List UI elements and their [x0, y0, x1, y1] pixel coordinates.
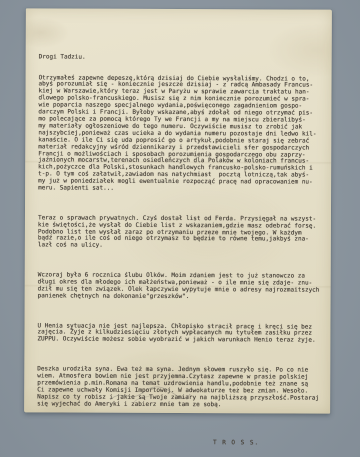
letter-paper: Drogi Tadziu. Otrzymałeś zapewne depeszę… — [24, 8, 332, 413]
letter-paragraph-3: Wczoraj była 6 rocznica ślubu Olków. Moi… — [38, 272, 331, 301]
letter-paragraph-2: Teraz o sprawach prywatnych. Czyś dostał… — [38, 215, 331, 251]
letter-signature: T R O S S. — [213, 440, 330, 447]
letter-salutation: Drogi Tadziu. — [39, 54, 332, 62]
letter-body: Drogi Tadziu. Otrzymałeś zapewne depeszę… — [37, 40, 332, 457]
letter-paragraph-1: Otrzymałeś zapewne depeszę,którą dzisiaj… — [38, 75, 332, 194]
letter-paragraph-5: Deszka urodziła syna. Ewa też ma syna. J… — [37, 366, 330, 409]
letter-paragraph-4: U Henia sytuacja nie jest najlepsza. Chł… — [37, 323, 330, 345]
